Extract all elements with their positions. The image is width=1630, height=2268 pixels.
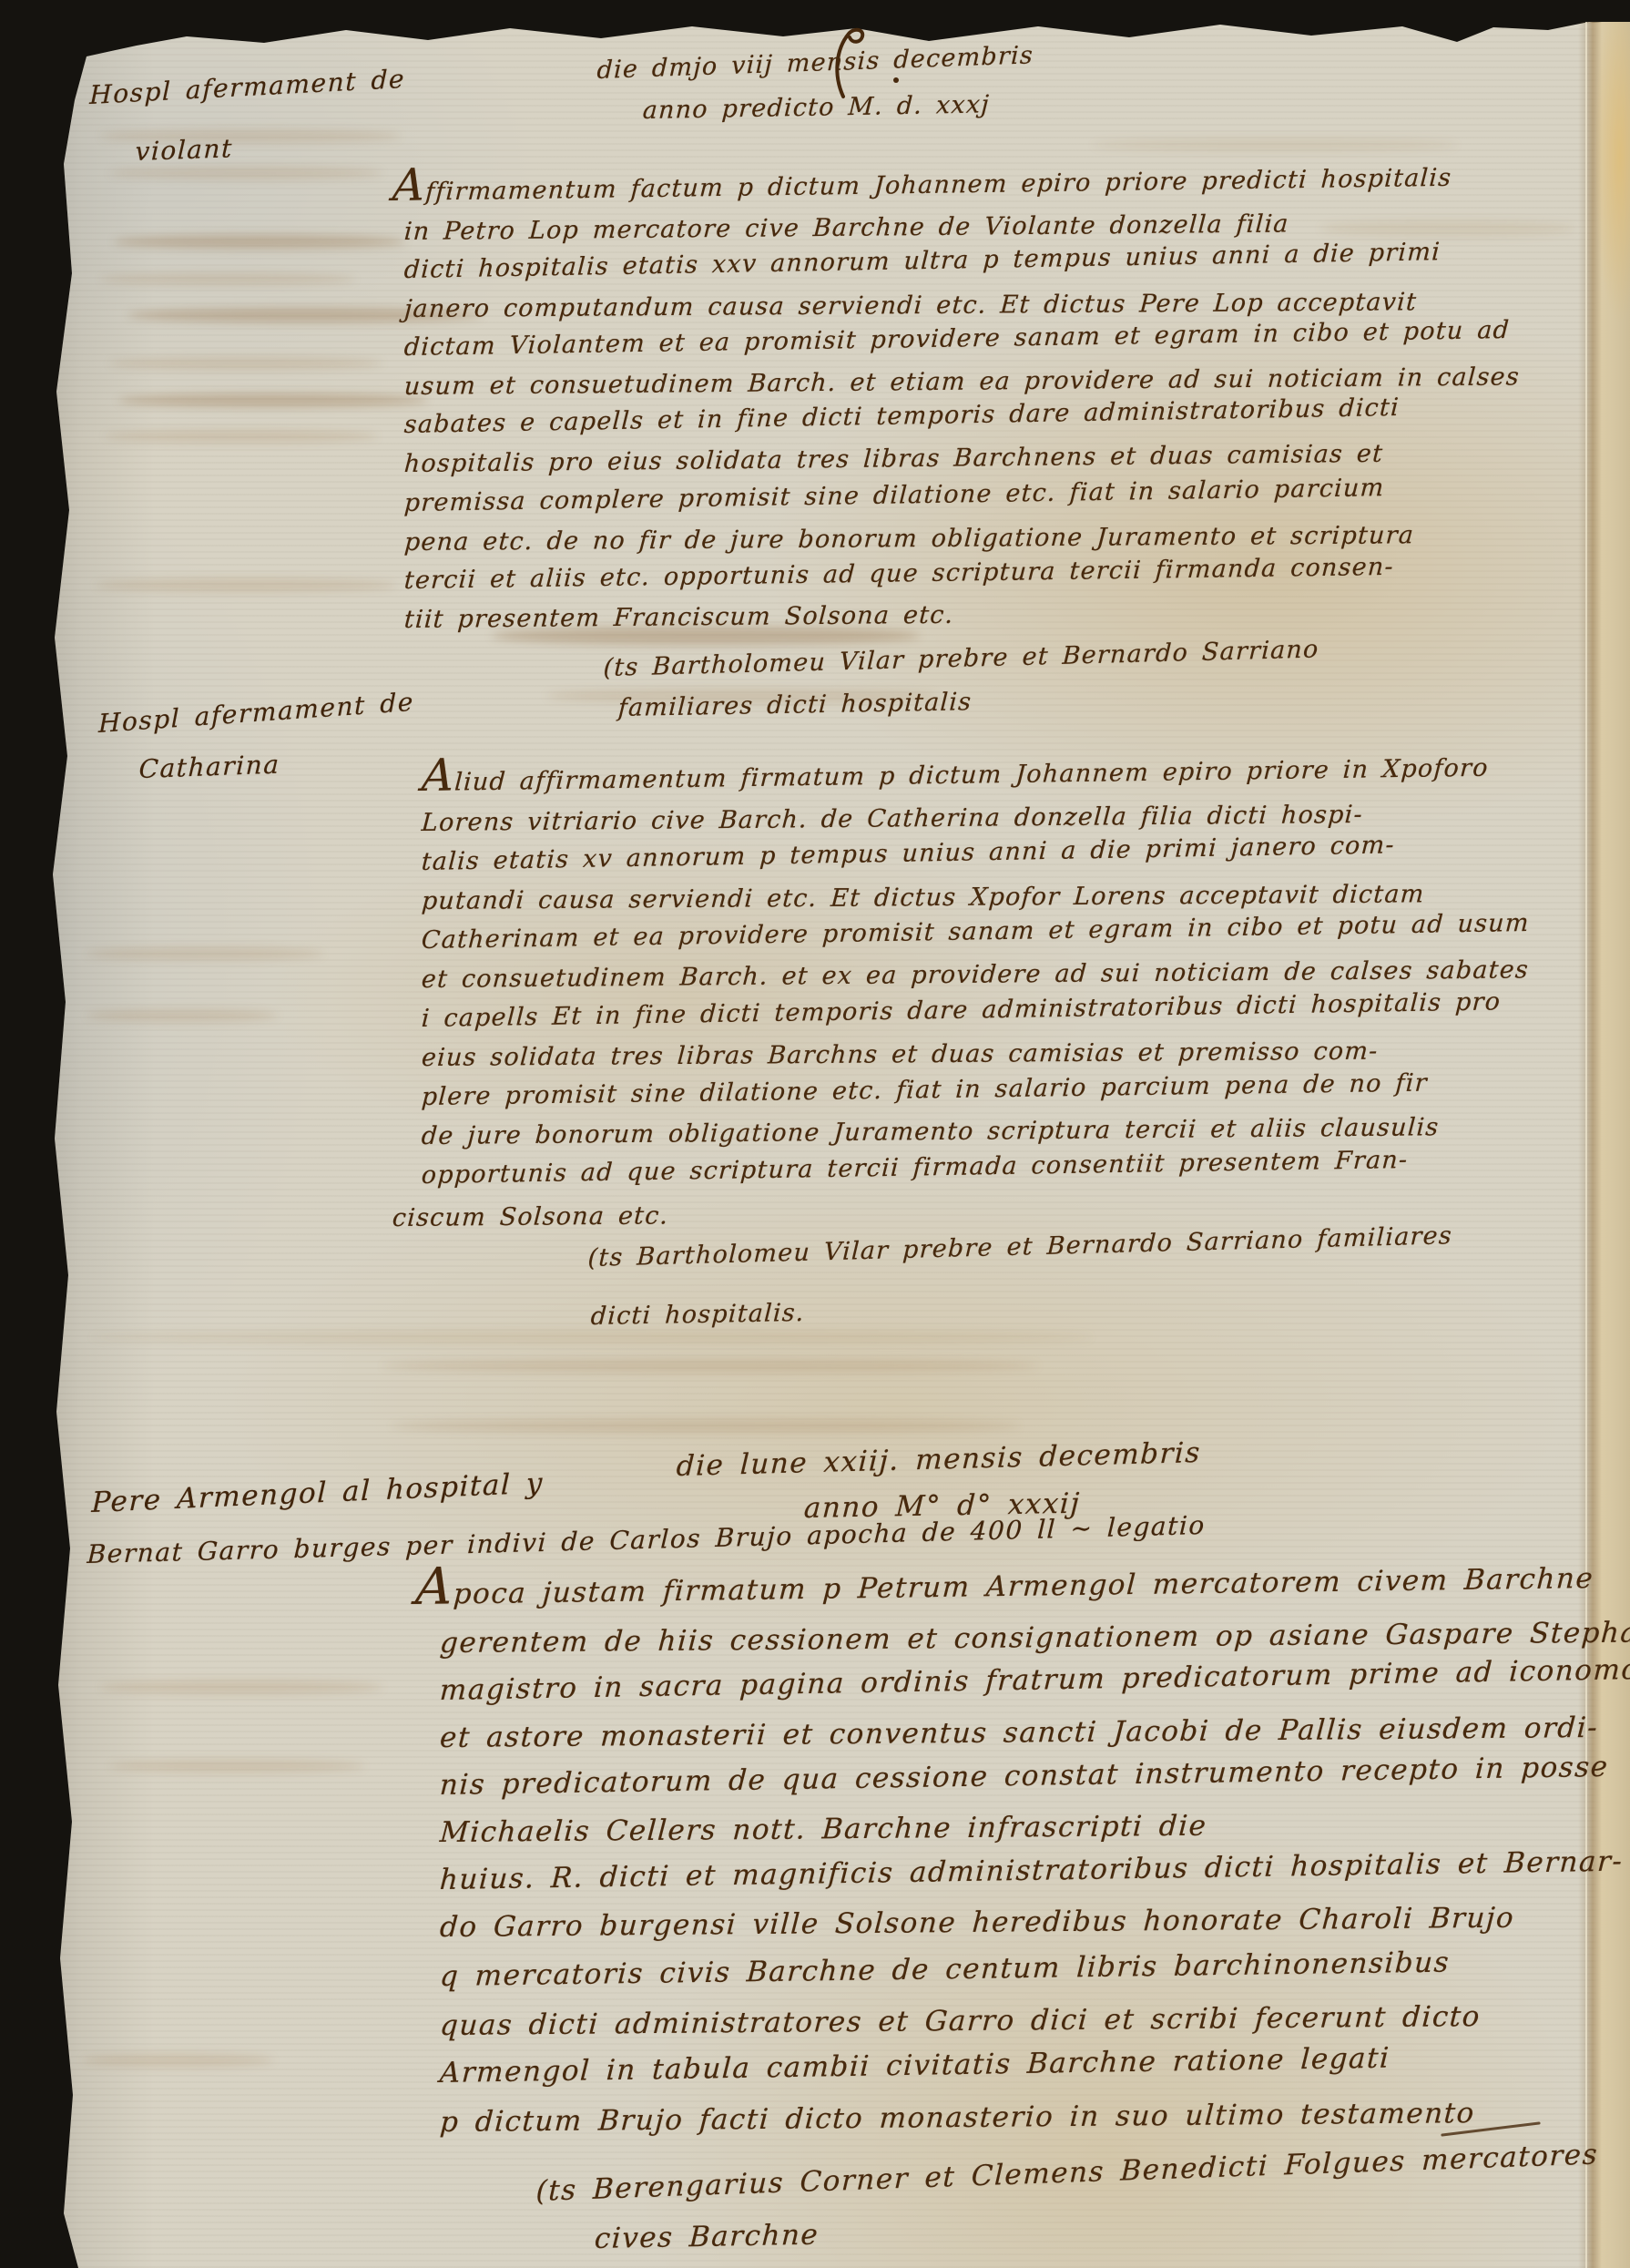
manuscript-scan: Hospl afermament de violant die dmjo vii…	[0, 0, 1630, 2268]
ink-bleedthrough	[392, 1419, 1020, 1433]
ink-bleedthrough	[1320, 220, 1575, 237]
witness-line: dicti hospitalis.	[590, 1299, 805, 1331]
ink-bleedthrough	[87, 1009, 278, 1022]
ink-bleedthrough	[109, 167, 382, 179]
ink-bleedthrough	[100, 1681, 382, 1694]
ink-bleedthrough	[118, 393, 428, 407]
ink-bleedthrough	[87, 947, 323, 960]
body-line: tiit presentem Franciscum Solsona etc.	[403, 601, 954, 634]
ink-bleedthrough	[109, 357, 382, 370]
margin-note-line: Catharina	[138, 750, 280, 784]
witness-line: cives Barchne	[594, 2219, 820, 2255]
margin-note-line: violant	[135, 133, 233, 167]
body-line: ciscum Solsona etc.	[392, 1201, 669, 1232]
ink-bleedthrough	[91, 1330, 1093, 1344]
ink-bleedthrough	[82, 2054, 273, 2067]
crease-highlight	[1585, 22, 1587, 2268]
ink-bleedthrough	[109, 1760, 364, 1773]
body-line: Michaelis Cellers nott. Barchne infrascr…	[439, 1810, 1208, 1849]
ink-dot	[893, 77, 899, 83]
ink-bleedthrough	[1093, 138, 1457, 151]
ink-bleedthrough	[96, 578, 396, 592]
ink-bleedthrough	[100, 273, 355, 285]
ink-bleedthrough	[105, 430, 378, 443]
ink-bleedthrough	[382, 1359, 1038, 1373]
ink-bleedthrough	[114, 235, 405, 249]
